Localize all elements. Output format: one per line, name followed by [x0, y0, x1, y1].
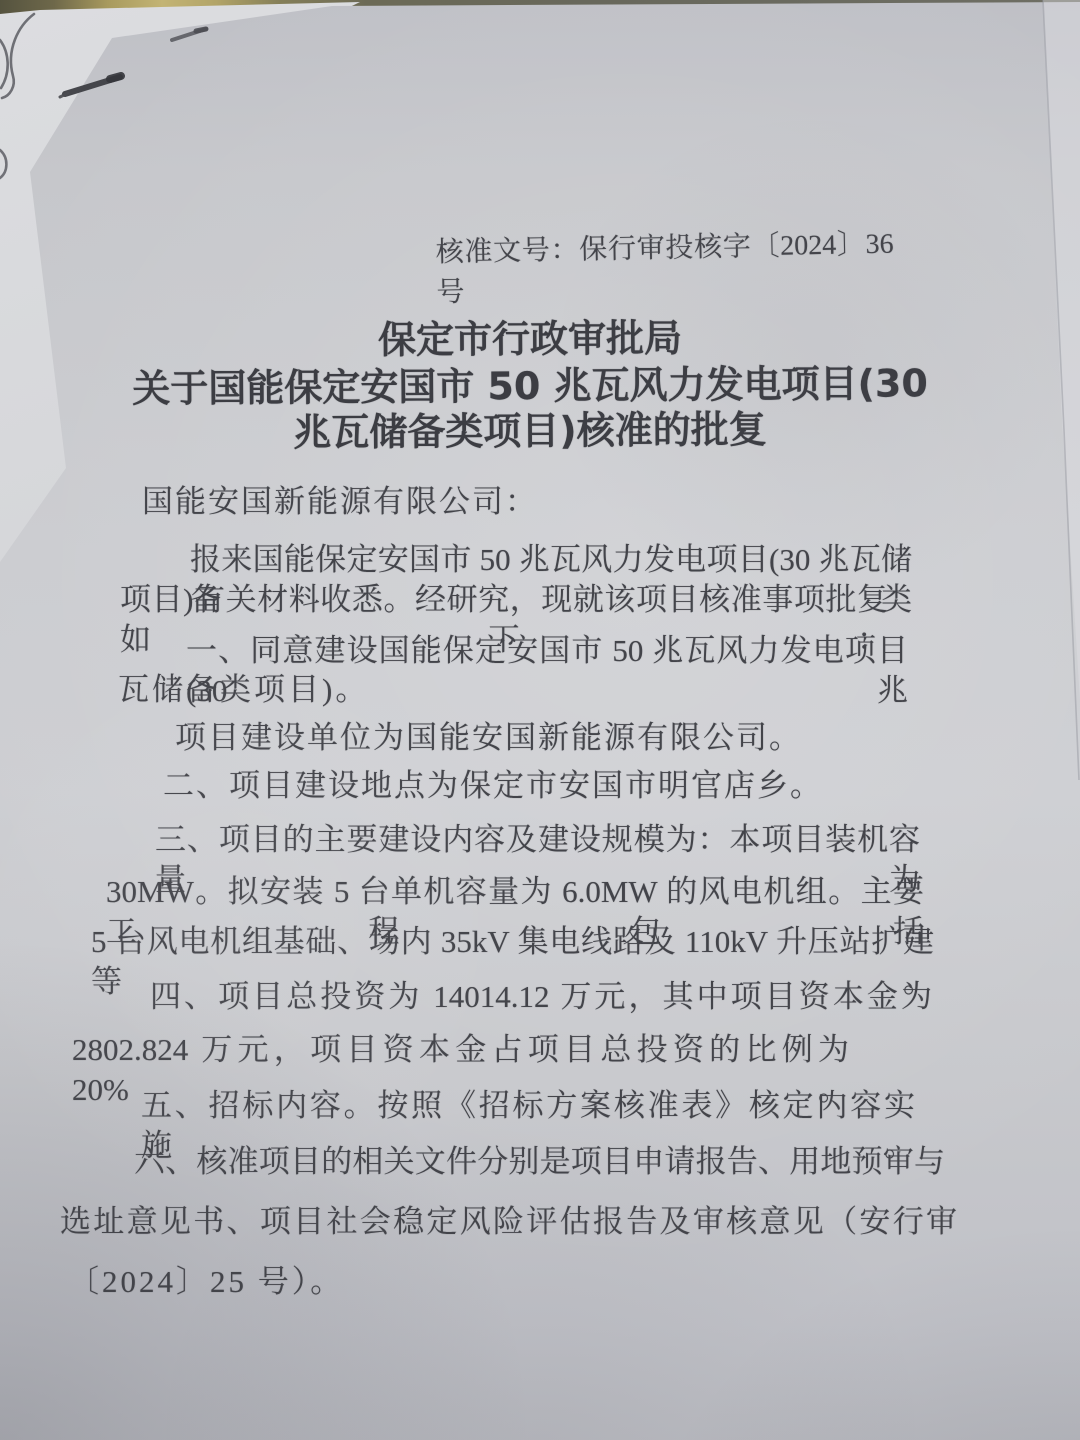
document-paper: 核准文号：保行审投核字〔2024〕36 号 保定市行政审批局 关于国能保定安国市…	[0, 0, 1080, 1440]
body-line-4: 瓦储备类项目)。	[118, 670, 369, 710]
body-line-14: 选址意见书、项目社会稳定风险评估报告及审核意见（安行审	[60, 1202, 957, 1242]
body-line-6: 二、项目建设地点为保定市安国市明官店乡。	[163, 766, 823, 806]
doc-title-line-3: 兆瓦储备类项目)核准的批复	[60, 397, 1000, 459]
photo-scene: 核准文号：保行审投核字〔2024〕36 号 保定市行政审批局 关于国能保定安国市…	[0, 0, 1080, 1440]
body-line-10: 四、项目总投资为 14014.12 万元，其中项目资本金为	[150, 977, 932, 1017]
salutation-line: 国能安国新能源有限公司：	[142, 482, 538, 522]
body-line-15: 〔2024〕25 号）。	[68, 1262, 344, 1302]
body-line-5: 项目建设单位为国能安国新能源有限公司。	[175, 718, 802, 758]
body-line-13: 六、核准项目的相关文件分别是项目申请报告、用地预审与	[134, 1142, 945, 1182]
doc-number: 核准文号：保行审投核字〔2024〕36 号	[435, 222, 894, 311]
